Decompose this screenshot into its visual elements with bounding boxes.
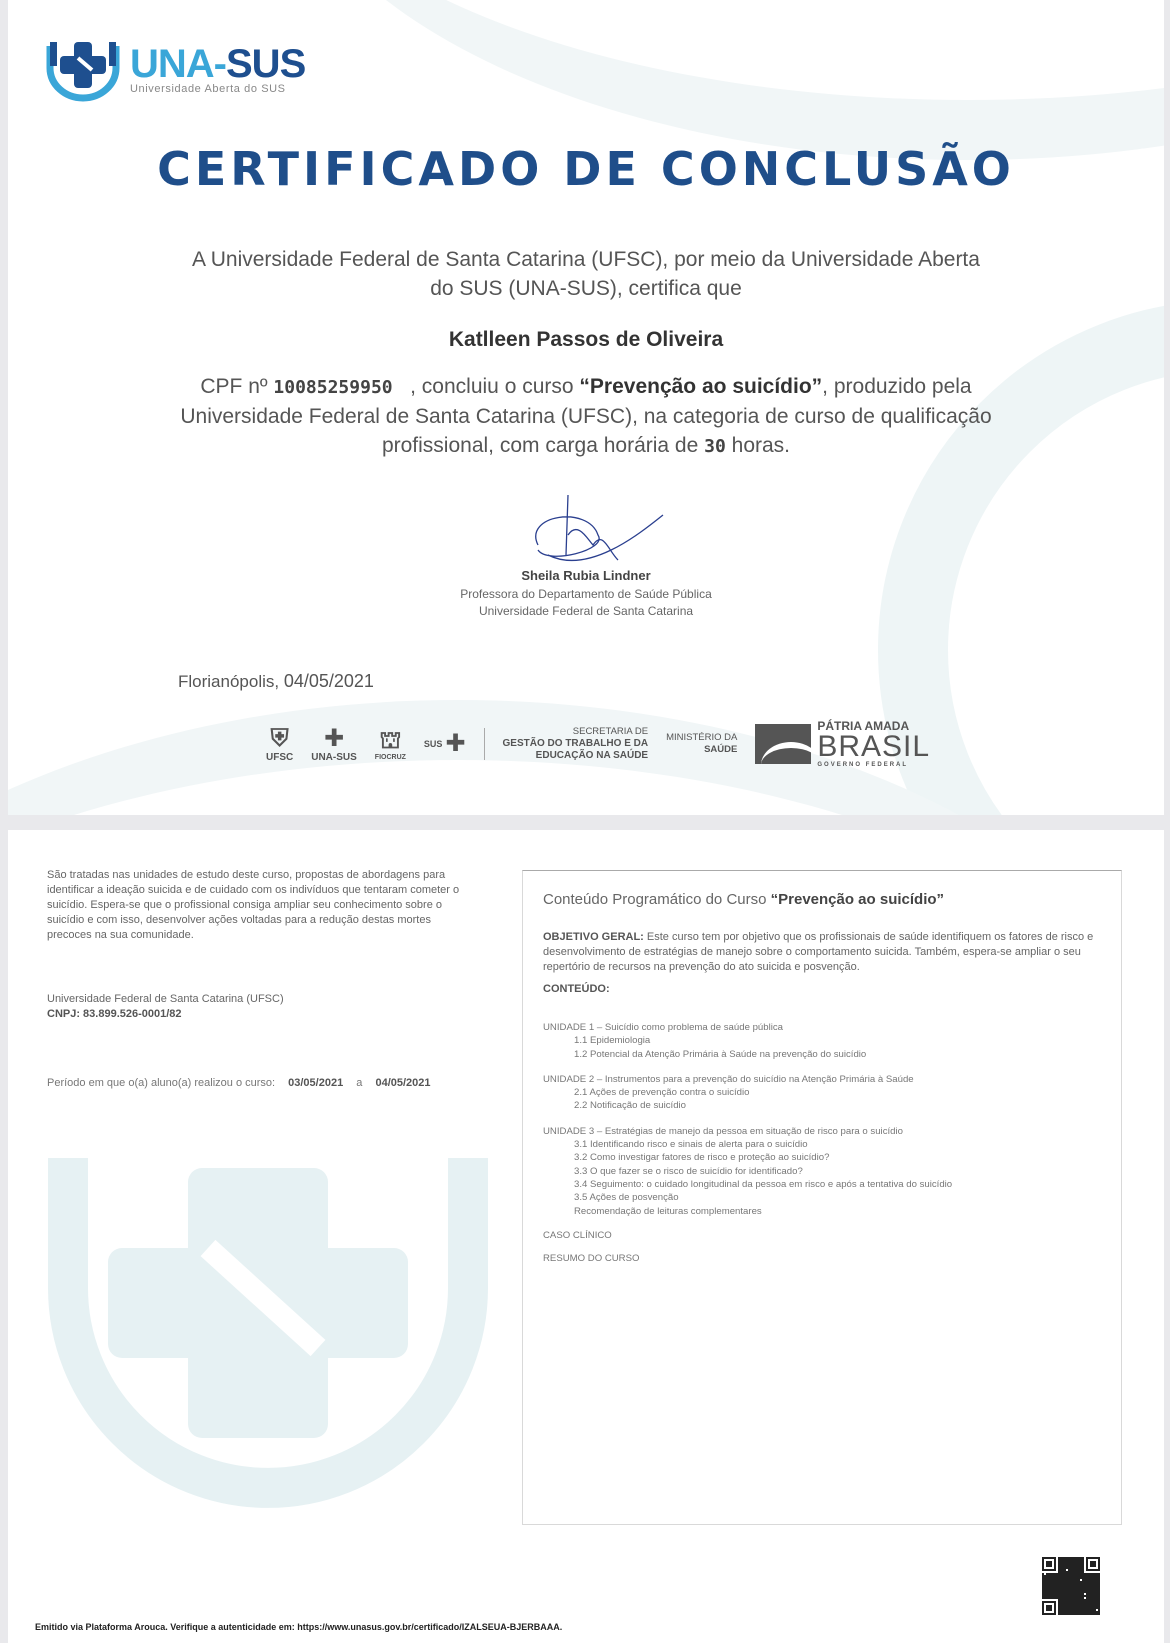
divider (484, 728, 485, 760)
unasus-small-logo: ✚UNA-SUS (311, 726, 357, 763)
brasil-label: BRASIL (817, 732, 930, 762)
program-course-name: “Prevenção ao suicídio” (771, 891, 944, 908)
unasus-logo: UNA-SUS Universidade Aberta do SUS (44, 36, 305, 104)
course-period: Período em que o(a) aluno(a) realizou o … (47, 1077, 431, 1089)
extra-item-summary: RESUMO DO CURSO (543, 1253, 1101, 1264)
logo-sus: SUS (226, 42, 305, 86)
unasus-cross-small-icon: ✚ (324, 726, 344, 752)
sus-label: SUS (424, 739, 443, 749)
objective-label: OBJETIVO GERAL: (543, 931, 644, 943)
unit-3: UNIDADE 3 – Estratégias de manejo da pes… (543, 1125, 1101, 1218)
brasil-flag-icon (755, 724, 811, 764)
secretaria-line1: SECRETARIA DE (503, 726, 649, 738)
place-date: Florianópolis, 04/05/2021 (178, 671, 374, 692)
unit-title: UNIDADE 2 – Instrumentos para a prevençã… (543, 1073, 1101, 1086)
unit-item: 1.1 Epidemiologia (543, 1034, 1101, 1047)
period-start: 03/05/2021 (288, 1077, 343, 1089)
unit-item: 2.1 Ações de prevenção contra o suicídio (543, 1086, 1101, 1099)
unit-title: UNIDADE 3 – Estratégias de manejo da pes… (543, 1125, 1101, 1138)
signatory-role: Professora do Departamento de Saúde Públ… (8, 586, 1164, 620)
concluded-text: , concluiu o curso (410, 375, 573, 398)
secretaria-logo: SECRETARIA DE GESTÃO DO TRABALHO E DA ED… (503, 726, 649, 762)
course-description: São tratadas nas unidades de estudo dest… (47, 868, 477, 943)
fiocruz-label: FIOCRUZ (375, 754, 406, 761)
cnpj: CNPJ: 83.899.526-0001/82 (47, 1007, 284, 1022)
program-title: Conteúdo Programático do Curso “Prevençã… (543, 891, 1101, 908)
recipient-name: Katlleen Passos de Oliveira (8, 328, 1164, 352)
ufsc-label: UFSC (266, 752, 293, 763)
course-hours: 30 (704, 436, 726, 457)
logo-title: UNA-SUS (130, 45, 305, 83)
secretaria-line2: GESTÃO DO TRABALHO E DA (503, 738, 649, 750)
cpf-label: CPF nº (200, 375, 267, 398)
general-objective: OBJETIVO GERAL: Este curso tem por objet… (543, 930, 1101, 975)
unit-item: 3.2 Como investigar fatores de risco e p… (543, 1151, 1101, 1164)
fiocruz-building-icon: ⛫ (379, 728, 401, 754)
ministerio-logo: MINISTÉRIO DA SAÚDE (666, 732, 737, 756)
signatory-role-text: Professora do Departamento de Saúde Públ… (8, 586, 1164, 603)
signatory-institution: Universidade Federal de Santa Catarina (8, 603, 1164, 620)
unit-2: UNIDADE 2 – Instrumentos para a prevençã… (543, 1073, 1101, 1113)
period-end: 04/05/2021 (375, 1077, 430, 1089)
ministerio-line1: MINISTÉRIO DA (666, 732, 737, 744)
certificate-title: CERTIFICADO DE CONCLUSÃO (8, 142, 1164, 196)
secretaria-line3: EDUCAÇÃO NA SAÚDE (503, 750, 649, 762)
unasus-cross-icon (44, 36, 122, 104)
content-label: CONTEÚDO: (543, 983, 1101, 995)
sus-cross-icon: ✚ (445, 731, 465, 757)
program-content-box: Conteúdo Programático do Curso “Prevençã… (522, 870, 1122, 1525)
ufsc-logo: ⛨UFSC (266, 726, 293, 763)
signatory-name: Sheila Rubia Lindner (8, 568, 1164, 583)
ministerio-line2: SAÚDE (666, 744, 737, 756)
unit-item: 1.2 Potencial da Atenção Primária à Saúd… (543, 1048, 1101, 1061)
issue-date: 04/05/2021 (284, 671, 374, 691)
certificate-back-page: São tratadas nas unidades de estudo dest… (8, 830, 1164, 1643)
decorative-arc (268, 0, 1164, 160)
institution-info: Universidade Federal de Santa Catarina (… (47, 992, 284, 1022)
certificate-body: CPF nº 10085259950 , concluiu o curso “P… (158, 372, 1014, 461)
period-label: Período em que o(a) aluno(a) realizou o … (47, 1077, 275, 1089)
sus-logo: SUS✚ (424, 731, 466, 757)
unit-item: 3.3 O que fazer se o risco de suicídio f… (543, 1165, 1101, 1178)
institution-name: Universidade Federal de Santa Catarina (… (47, 992, 284, 1007)
verification-footer[interactable]: Emitido via Plataforma Arouca. Verifique… (35, 1622, 562, 1632)
fiocruz-logo: ⛫FIOCRUZ (375, 728, 406, 761)
unasus-label: UNA-SUS (311, 752, 357, 763)
place: Florianópolis, (178, 672, 279, 691)
unit-1: UNIDADE 1 – Suicídio como problema de sa… (543, 1021, 1101, 1061)
qr-code[interactable] (1042, 1557, 1100, 1615)
program-title-prefix: Conteúdo Programático do Curso (543, 891, 766, 908)
certificate-intro: A Universidade Federal de Santa Catarina… (188, 245, 984, 303)
hours-unit: horas. (732, 434, 790, 457)
partner-logos: ⛨UFSC ✚UNA-SUS ⛫FIOCRUZ SUS✚ SECRETARIA … (266, 718, 930, 770)
unit-item: 3.5 Ações de posvenção (543, 1191, 1101, 1204)
ufsc-crest-icon: ⛨ (271, 726, 289, 752)
signature-icon (528, 495, 678, 575)
unit-item: 3.1 Identificando risco e sinais de aler… (543, 1138, 1101, 1151)
certificate-front-page: UNA-SUS Universidade Aberta do SUS CERTI… (8, 0, 1164, 815)
unit-item: 3.4 Seguimento: o cuidado longitudinal d… (543, 1178, 1101, 1191)
unit-item: Recomendação de leituras complementares (543, 1205, 1101, 1218)
unit-title: UNIDADE 1 – Suicídio como problema de sa… (543, 1021, 1101, 1034)
unit-item: 2.2 Notificação de suicídio (543, 1099, 1101, 1112)
logo-subtitle: Universidade Aberta do SUS (130, 83, 305, 95)
logo-una: UNA (130, 42, 214, 86)
extra-item-case: CASO CLÍNICO (543, 1230, 1101, 1241)
governo-federal-logo: PÁTRIA AMADA BRASIL GOVERNO FEDERAL (755, 720, 930, 768)
period-separator: a (356, 1077, 362, 1089)
course-name: “Prevenção ao suicídio” (579, 375, 822, 398)
unasus-watermark-icon (48, 1148, 488, 1618)
cpf-value: 10085259950 (273, 377, 392, 398)
